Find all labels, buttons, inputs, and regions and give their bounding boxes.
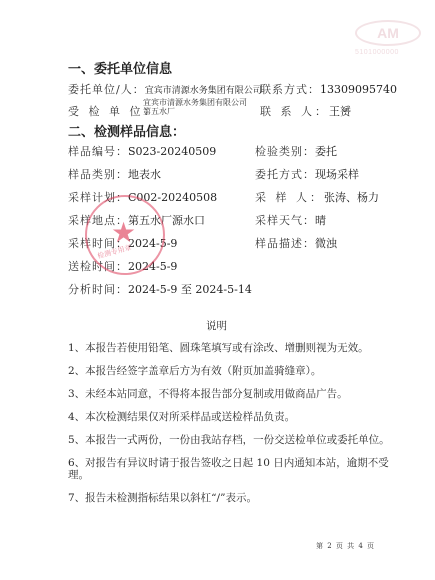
inspected-value: 宜宾市清源水务集团有限公司 第五水厂: [143, 98, 247, 116]
sampler-row: 采 样 人：张涛、杨力: [255, 189, 379, 205]
weather-value: 晴: [315, 214, 326, 227]
note-item: 7、报告未检测指标结果以斜杠“/”表示。: [68, 490, 257, 505]
analysis-time-label: 分析时间：: [68, 283, 128, 296]
note-item: 3、未经本站同意，不得将本报告部分复制或用做商品广告。: [68, 386, 348, 401]
contact-method-value: 13309095740: [320, 83, 397, 96]
commission-method-row: 委托方式：现场采样: [255, 166, 359, 182]
sample-category-value: 地表水: [128, 168, 161, 181]
note-item: 5、本报告一式两份，一份由我站存档，一份交送检单位或委托单位。: [68, 432, 390, 447]
sample-id-row: 样品编号：S023-20240509: [68, 143, 216, 159]
note-item-continued: 理。: [68, 467, 89, 482]
contact-person-value: 王赟: [329, 105, 351, 118]
page-number: 第 2 页 共 4 页: [316, 541, 375, 551]
commission-method-value: 现场采样: [315, 168, 359, 181]
client-label: 委托单位/人：: [68, 83, 145, 96]
sample-description-value: 微浊: [315, 237, 337, 250]
sampler-label: 采 样 人：: [255, 191, 324, 204]
test-type-label: 检验类别：: [255, 145, 315, 158]
section2-title: 二、检测样品信息：: [68, 121, 185, 140]
analysis-time-row: 分析时间：2024-5-9 至 2024-5-14: [68, 281, 252, 297]
test-type-value: 委托: [315, 145, 337, 158]
note-item: 4、本次检测结果仅对所采样品或送检样品负责。: [68, 409, 295, 424]
contact-person-label: 联 系 人：: [260, 105, 329, 118]
star-icon: ★: [111, 219, 136, 247]
notes-title: 说明: [206, 318, 227, 333]
sample-description-label: 样品描述：: [255, 237, 315, 250]
commission-method-label: 委托方式：: [255, 168, 315, 181]
contact-method-label: 联系方式：: [260, 83, 320, 96]
contact-method-row: 联系方式：13309095740: [260, 81, 397, 97]
weather-row: 采样天气：晴: [255, 212, 326, 228]
inspected-value-line2: 第五水厂: [143, 107, 247, 116]
sample-id-label: 样品编号：: [68, 145, 128, 158]
official-stamp: ★ 检测专用章: [85, 195, 165, 275]
contact-person-row: 联 系 人：王赟: [260, 103, 351, 119]
test-type-row: 检验类别：委托: [255, 143, 337, 159]
sampler-value: 张涛、杨力: [324, 191, 379, 204]
sample-id-value: S023-20240509: [128, 145, 216, 158]
analysis-time-value: 2024-5-9 至 2024-5-14: [128, 283, 252, 296]
note-item: 1、本报告若使用铅笔、圆珠笔填写或有涂改、增删则视为无效。: [68, 340, 369, 355]
note-item: 2、本报告经签字盖章后方为有效（附页加盖骑缝章）。: [68, 363, 321, 378]
sample-category-row: 样品类别：地表水: [68, 166, 161, 182]
accreditation-number: 5101000000: [355, 49, 399, 56]
note-item: 6、对报告有异议时请于报告签收之日起 10 日内通知本站，逾期不受: [68, 455, 389, 470]
client-value: 宜宾市清源水务集团有限公司: [145, 86, 262, 96]
client-row: 委托单位/人：宜宾市清源水务集团有限公司: [68, 81, 262, 97]
sample-category-label: 样品类别：: [68, 168, 128, 181]
inspected-value-line1: 宜宾市清源水务集团有限公司: [143, 98, 247, 107]
weather-label: 采样天气：: [255, 214, 315, 227]
section1-title: 一、委托单位信息: [68, 58, 172, 77]
sample-description-row: 样品描述：微浊: [255, 235, 337, 251]
accreditation-logo: AM: [355, 20, 421, 46]
